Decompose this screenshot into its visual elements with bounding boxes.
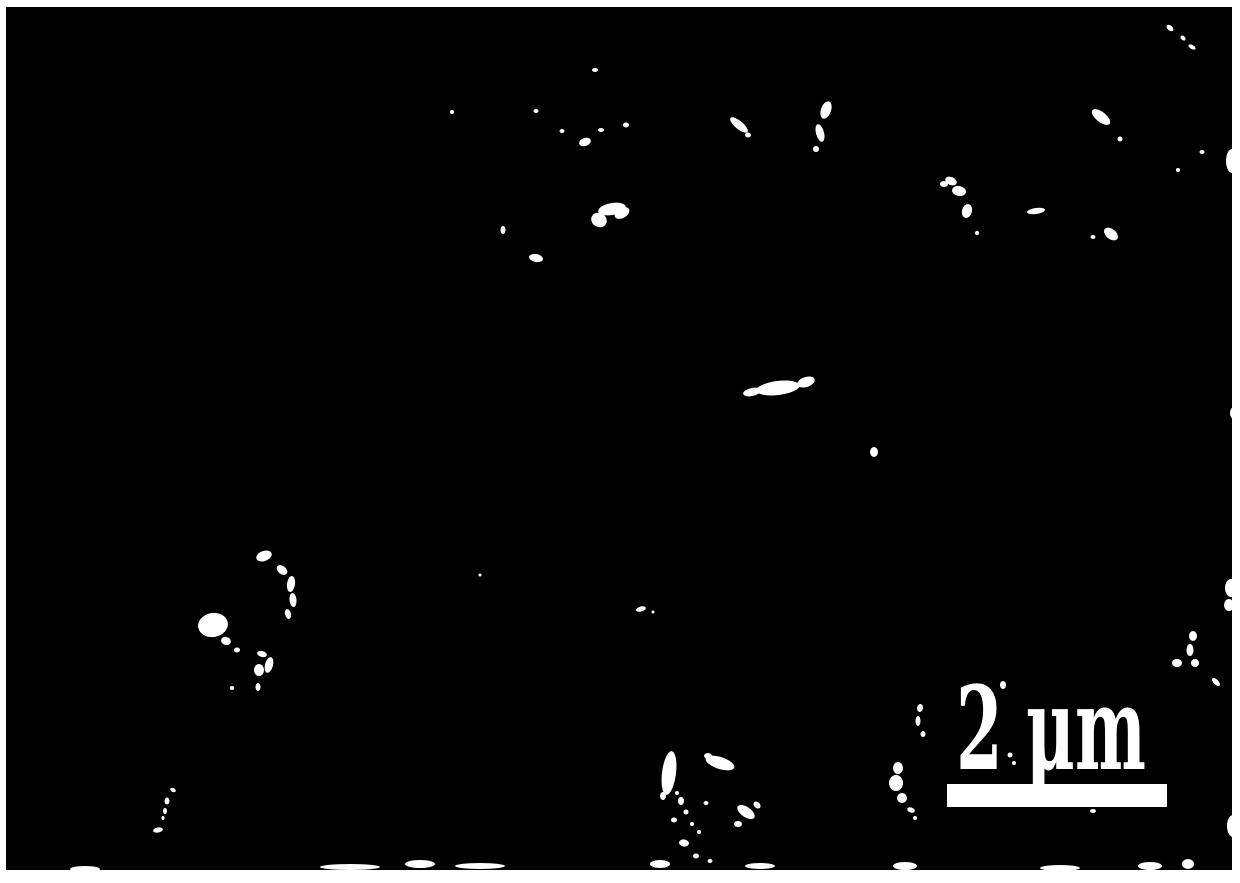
scale-bar-label: 2 μm (956, 662, 1146, 797)
particle-blob (560, 129, 565, 133)
particle-blob (940, 181, 948, 187)
micrograph-svg: 2 μm (0, 0, 1240, 883)
particle-blob (921, 731, 926, 737)
particle-blob (650, 860, 670, 868)
particle-blob (684, 810, 689, 815)
particle-blob (1040, 865, 1080, 871)
particle-blob (1189, 631, 1197, 641)
particle-blob (745, 133, 751, 138)
particle-blob (1224, 599, 1234, 611)
particle-blob (256, 683, 261, 691)
particle-blob (1176, 168, 1180, 172)
particle-blob (1227, 815, 1239, 837)
particle-blob (916, 716, 921, 726)
particle-blob (889, 775, 903, 791)
particle-blob (704, 801, 709, 805)
particle-blob (975, 231, 979, 235)
particle-blob (745, 863, 775, 869)
particle-blob (675, 791, 679, 795)
particle-blob (70, 866, 100, 872)
particle-blob (165, 798, 170, 805)
particle-blob (708, 859, 713, 863)
particle-blob (162, 816, 165, 820)
particle-blob (660, 792, 666, 800)
particle-blob (1225, 579, 1237, 597)
particle-blob (455, 863, 505, 869)
particle-blob (1191, 659, 1199, 667)
particle-blob (1226, 149, 1238, 173)
particle-blob (1172, 659, 1182, 667)
particle-blob (534, 109, 539, 113)
particle-blob (697, 830, 701, 834)
particle-blob (897, 793, 907, 803)
particle-blob (450, 110, 454, 114)
particle-blob (501, 226, 506, 234)
particle-blob (254, 664, 264, 676)
particle-blob (693, 854, 699, 859)
particle-blob (405, 860, 435, 868)
particle-blob (1182, 859, 1194, 869)
particle-blob (479, 574, 482, 577)
particle-blob (592, 68, 598, 72)
particle-blob (234, 648, 240, 653)
particle-blob (1091, 235, 1096, 239)
particle-blob (1090, 809, 1096, 813)
particle-blob (1138, 862, 1162, 870)
particle-blob (893, 762, 903, 774)
particle-blob (678, 797, 684, 805)
particle-blob (652, 611, 655, 614)
particle-blob (1200, 150, 1205, 154)
particle-blob (704, 753, 712, 759)
particle-blob (913, 816, 917, 820)
particle-blob (623, 123, 629, 128)
particle-blob (870, 447, 878, 457)
particle-blob (893, 862, 917, 870)
particle-blob (1230, 407, 1238, 419)
micrograph-figure: 2 μm (0, 0, 1240, 883)
particle-blob (230, 686, 234, 690)
particle-blob (813, 146, 819, 152)
particle-blob (1187, 644, 1194, 656)
particle-blob (163, 808, 167, 814)
particle-blob (598, 128, 604, 132)
particle-blob (320, 864, 380, 870)
particle-blob (1118, 137, 1123, 142)
particle-blob (671, 818, 677, 823)
particle-blob (690, 822, 694, 826)
particle-blob (734, 821, 742, 827)
